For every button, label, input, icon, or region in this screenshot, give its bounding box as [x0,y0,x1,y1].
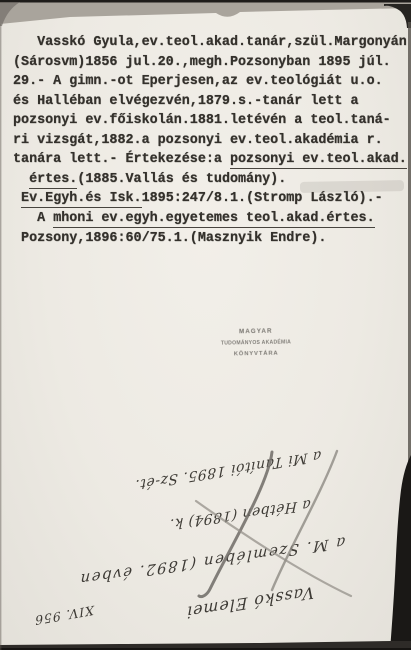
typed-text: (Sárosvm)1856 jul.20.,megh.Pozsonyban 18… [13,55,391,70]
typed-text: és Halléban elvégezvén,1879.s.-tanár let… [13,94,359,109]
typed-paragraph-references: Ev.Egyh.és Isk.1895:247/8.1.(Stromp Lász… [13,189,383,249]
underlined-text: értes. [29,172,77,189]
underlined-text: mhoni ev.egyh.egyetemes teol.akad.értes. [53,211,374,228]
typed-text: A [13,211,53,226]
typed-line: és Halléban elvégezvén,1879.s.-tanár let… [13,92,407,112]
shelfmark-note: XIV. 956 [22,601,106,631]
typed-text [13,191,21,206]
ink-smudge [300,180,404,193]
typed-line: tanára lett.- Értekezése:a pozsonyi ev.t… [13,150,407,170]
typed-line: Vasskó Gyula,ev.teol.akad.tanár,szül.Mar… [13,33,407,53]
scanned-catalog-card: Vasskó Gyula,ev.teol.akad.tanár,szül.Mar… [0,0,411,650]
typed-text: 1895:247/8.1.(Stromp László).- [142,191,383,206]
underlined-text: Ev.Egyh.és Isk. [21,191,142,208]
underlined-text: pozsonyi ev.teol.akad. [230,152,407,169]
typed-text [13,172,29,187]
typed-line: ri vizsgát,1882.a pozsonyi ev.teol.akadé… [13,131,407,151]
typed-text: Vasskó Gyula,ev.teol.akad.tanár,szül.Mar… [13,35,407,50]
typed-text: 29.- A gimn.-ot Eperjesen,az ev.teológiá… [13,74,383,89]
handwritten-note-1: a Mi Tanítói 1895. Sz-ét. [105,442,350,497]
handwritten-note-4: Vasskó Elemei [173,581,327,625]
typed-text: pozsonyi ev.főiskolán.1881.letévén a teo… [13,113,391,128]
typed-text: tanára lett.- Értekezése:a [13,152,230,167]
typed-line: Pozsony,1896:60/75.1.(Masznyik Endre). [13,229,383,249]
library-stamp: MAGYAR TUDOMÁNYOS AKADÉMIA KÖNYVTÁRA [214,325,299,361]
typed-text: (1885.Vallás és tudomány). [77,172,286,187]
typed-line: (Sárosvm)1856 jul.20.,megh.Pozsonyban 18… [13,53,407,73]
stamp-line-2: TUDOMÁNYOS AKADÉMIA [214,337,298,350]
typed-text: ri vizsgát,1882.a pozsonyi ev.teol.akadé… [13,133,383,148]
handwritten-note-2: a Hétben (1894) k. [159,494,322,533]
typed-text: Pozsony,1896:60/75.1.(Masznyik Endre). [13,231,326,246]
typed-line: 29.- A gimn.-ot Eperjesen,az ev.teológiá… [13,72,407,92]
typed-paragraph-biography: Vasskó Gyula,ev.teol.akad.tanár,szül.Mar… [13,33,407,189]
typed-line: pozsonyi ev.főiskolán.1881.letévén a teo… [13,111,407,131]
stamp-line-3: KÖNYVTÁRA [214,348,298,361]
typed-line: A mhoni ev.egyh.egyetemes teol.akad.érte… [13,209,383,229]
